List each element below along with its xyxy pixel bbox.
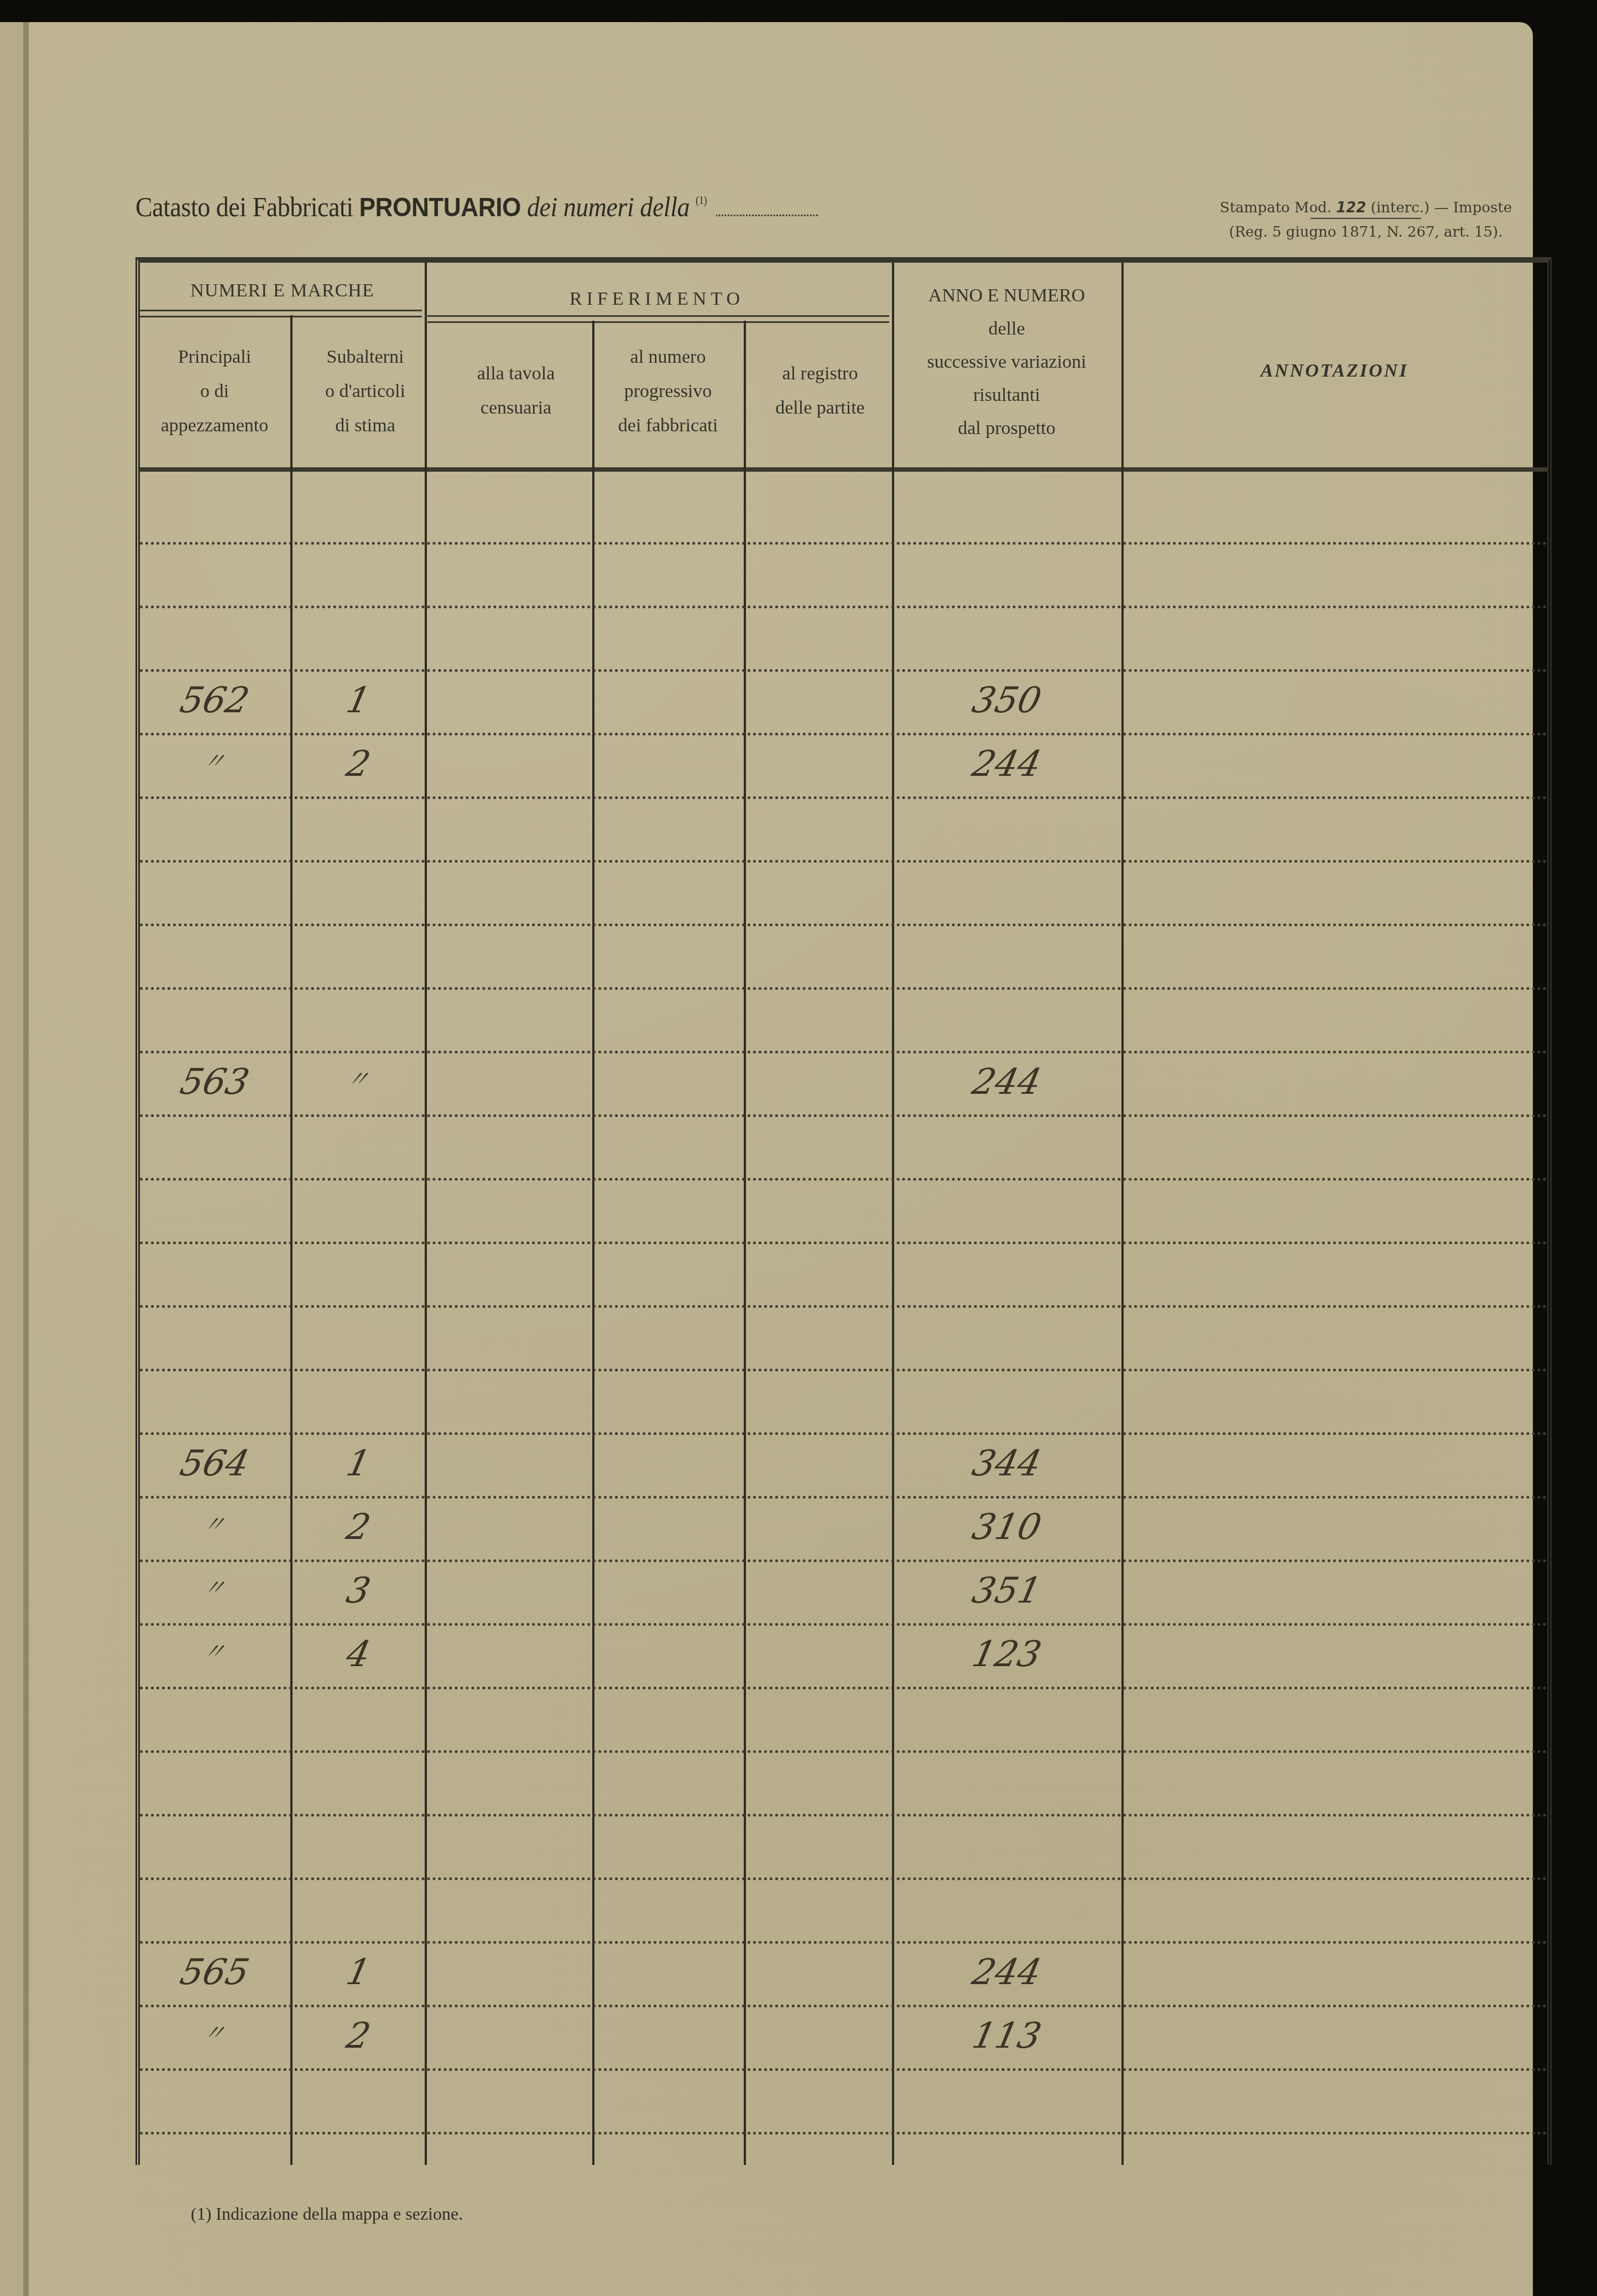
column-divider — [592, 321, 594, 473]
entry-subalterni: 1 — [288, 1952, 429, 1993]
row-rule — [140, 1432, 1547, 1435]
entry-principali: 〃 — [137, 1634, 293, 1666]
column-divider — [744, 473, 746, 2165]
row-rule — [140, 1687, 1547, 1689]
group-riferimento: RIFERIMENTO — [427, 282, 886, 316]
row-rule — [140, 1941, 1547, 1944]
entry-variazioni: 244 — [890, 744, 1123, 785]
page-title: Catasto dei Fabbricati PRONTUARIO dei nu… — [135, 191, 818, 223]
form-reference: Stampato Mod. 122 (interc.) — Imposte (R… — [1211, 195, 1521, 246]
entry-subalterni: 4 — [288, 1634, 429, 1675]
regulation-ref: (Reg. 5 giugno 1871, N. 267, art. 15). — [1211, 219, 1521, 246]
row-rule — [140, 1496, 1547, 1499]
row-rule — [140, 1305, 1547, 1308]
entry-principali: 〃 — [137, 1507, 293, 1538]
entry-subalterni: 1 — [288, 680, 429, 721]
col-tavola-censuaria: alla tavolacensuaria — [441, 357, 591, 425]
row-rule — [140, 2068, 1547, 2071]
fill-in-blank — [716, 209, 818, 216]
column-divider — [892, 473, 894, 2165]
entry-variazioni: 310 — [890, 1507, 1123, 1548]
column-divider — [744, 321, 746, 473]
column-divider — [425, 263, 427, 473]
col-subalterni: Subalternio d'articolidi stima — [292, 340, 439, 443]
entry-subalterni: 2 — [288, 2016, 429, 2057]
entry-principali: 564 — [135, 1443, 294, 1484]
col-registro-partite: al registrodelle partite — [745, 357, 895, 425]
header-rule — [140, 310, 422, 317]
prontuario-table: NUMERI E MARCHE RIFERIMENTO Principalio … — [135, 257, 1552, 2165]
entry-subalterni: 1 — [288, 1443, 429, 1484]
footnote: (1) Indicazione della mappa e sezione. — [191, 2204, 463, 2224]
entry-variazioni: 123 — [890, 1634, 1123, 1675]
row-rule — [140, 1369, 1547, 1371]
row-rule — [140, 2132, 1547, 2135]
adjacent-page-edge — [0, 22, 29, 2296]
row-rule — [140, 1814, 1547, 1817]
footnote-ref: (1) — [696, 195, 707, 207]
title-prefix: Catasto dei Fabbricati — [135, 191, 353, 222]
col-numero-progressivo: al numeroprogressivodei fabbricati — [593, 340, 743, 443]
row-rule — [140, 987, 1547, 990]
header-bottom-rule — [140, 467, 1547, 472]
row-rule — [140, 796, 1547, 799]
row-rule — [140, 606, 1547, 608]
entry-variazioni: 244 — [890, 1952, 1123, 1993]
entry-principali: 〃 — [137, 744, 293, 775]
entry-variazioni: 351 — [890, 1570, 1123, 1611]
row-rule — [140, 1750, 1547, 1753]
group-numeri-marche: NUMERI E MARCHE — [140, 274, 425, 308]
row-rule — [140, 1114, 1547, 1117]
col-annotazioni: ANNOTAZIONI — [1124, 354, 1544, 388]
column-divider — [290, 473, 293, 2165]
entry-principali: 〃 — [137, 1570, 293, 1602]
entry-subalterni: 3 — [288, 1570, 429, 1611]
row-rule — [140, 669, 1547, 672]
entry-principali: 562 — [135, 680, 294, 721]
row-rule — [140, 1559, 1547, 1562]
stampato-suffix: (interc.) — Imposte — [1371, 200, 1512, 216]
entry-subalterni: 〃 — [289, 1062, 428, 1093]
column-divider — [1121, 263, 1124, 473]
column-divider — [425, 473, 427, 2165]
entry-principali: 563 — [135, 1062, 294, 1103]
entry-variazioni: 113 — [890, 2016, 1123, 2057]
column-divider — [592, 473, 594, 2165]
header-rule — [427, 315, 889, 323]
row-rule — [140, 1877, 1547, 1880]
entry-variazioni: 244 — [890, 1062, 1123, 1103]
entry-variazioni: 350 — [890, 680, 1123, 721]
row-rule — [140, 1178, 1547, 1181]
entry-variazioni: 344 — [890, 1443, 1123, 1484]
entry-principali: 〃 — [137, 2016, 293, 2047]
row-rule — [140, 923, 1547, 926]
col-anno-numero: ANNO E NUMEROdellesuccessive variazionir… — [895, 279, 1119, 445]
col-principali: Principalio diappezzamento — [140, 340, 289, 443]
row-rule — [140, 542, 1547, 545]
title-bold: PRONTUARIO — [359, 193, 521, 222]
row-rule — [140, 860, 1547, 863]
entry-subalterni: 2 — [288, 744, 429, 785]
row-rule — [140, 1051, 1547, 1053]
row-rule — [140, 1623, 1547, 1626]
row-rule — [140, 1241, 1547, 1244]
model-number: 122 — [1336, 200, 1366, 216]
column-divider — [290, 315, 293, 473]
stampato-label: Stampato Mod. — [1220, 200, 1332, 216]
title-italic: dei numeri della — [527, 191, 690, 222]
row-rule — [140, 2005, 1547, 2007]
column-divider — [1121, 473, 1124, 2165]
row-rule — [140, 733, 1547, 735]
column-divider — [892, 263, 894, 473]
entry-principali: 565 — [135, 1952, 294, 1993]
entry-subalterni: 2 — [288, 1507, 429, 1548]
